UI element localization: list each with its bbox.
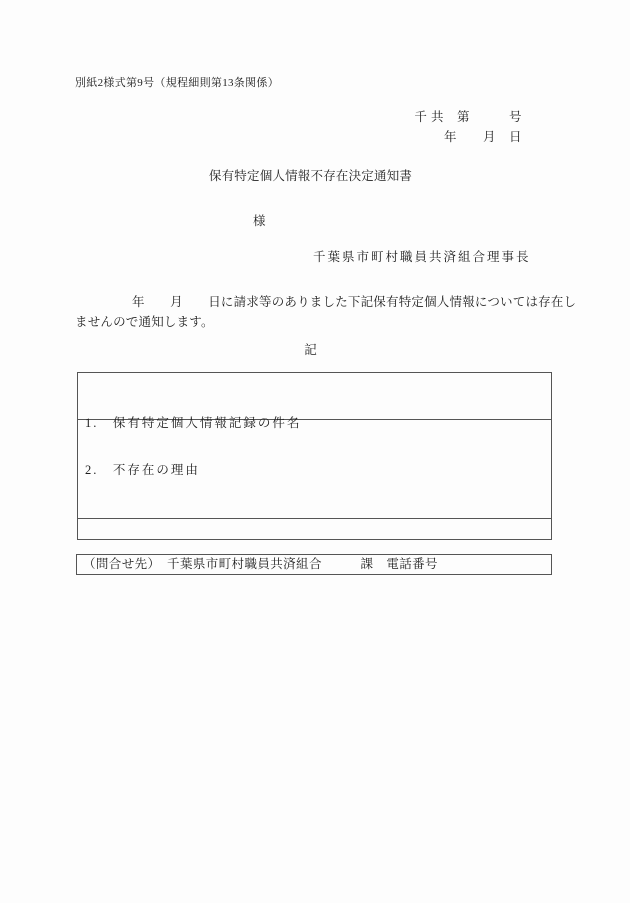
form-number: 別紙2様式第9号（規程細則第13条関係） (75, 77, 279, 90)
table-row-note: （注） この通知内容に不明な点がある場合には、下記まで御連絡願います。 (78, 519, 551, 539)
contact-box: （問合せ先） 千葉県市町村職員共済組合 課 電話番号 (76, 554, 552, 575)
table-row-subject: 1. 保有特定個人情報記録の件名 (78, 373, 551, 420)
header-date-line: 年 月 日 (444, 130, 522, 145)
row-reason-label: 2. 不存在の理由 (78, 456, 551, 478)
addressee-honorific: 様 (253, 214, 266, 229)
doc-number-line: 千 共 第 号 (414, 110, 522, 125)
sender-name: 千葉県市町村職員共済組合理事長 (313, 250, 531, 265)
record-marker: 記 (0, 343, 621, 358)
document-page: 別紙2様式第9号（規程細則第13条関係） 千 共 第 号 年 月 日 保有特定個… (0, 0, 630, 903)
body-line-2: ませんので通知します。 (75, 315, 214, 330)
info-table: 1. 保有特定個人情報記録の件名 2. 不存在の理由 （注） この通知内容に不明… (77, 372, 552, 540)
document-title: 保有特定個人情報不存在決定通知書 (0, 169, 621, 184)
contact-line: （問合せ先） 千葉県市町村職員共済組合 課 電話番号 (77, 555, 551, 574)
body-line-1: 年 月 日に請求等のありました下記保有特定個人情報については存在し (132, 295, 576, 310)
table-row-reason: 2. 不存在の理由 (78, 420, 551, 519)
